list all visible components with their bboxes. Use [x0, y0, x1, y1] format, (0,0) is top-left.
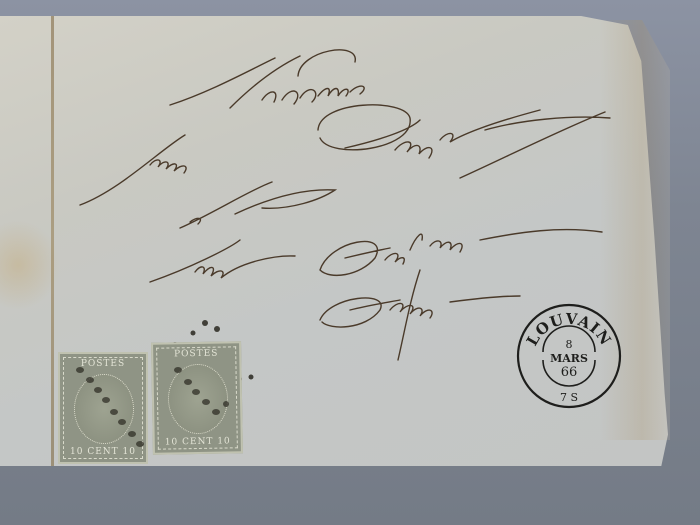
postmark-bottom: 7 S	[560, 391, 578, 404]
louvain-postmark: LOUVAIN 8 MARS 66 7 S	[515, 302, 623, 410]
postmark-month: MARS	[550, 352, 588, 365]
ink-cancel-marks-overlay	[60, 360, 260, 460]
stamp-top-label: POSTES	[159, 348, 233, 359]
postmark-year: 66	[561, 365, 578, 380]
postmark-day: 8	[566, 338, 573, 351]
